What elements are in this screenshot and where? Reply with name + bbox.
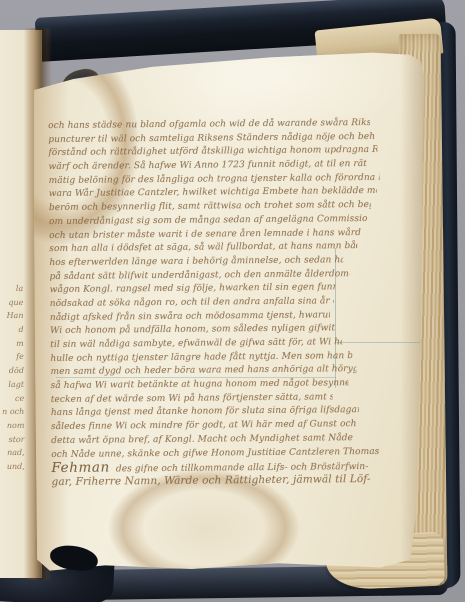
- text-fragment: ce: [0, 391, 24, 405]
- text-fragment: Han: [0, 309, 24, 323]
- manuscript-page: och hans städse nu bland ofgamla och wid…: [34, 50, 428, 578]
- text-fragment: lagt: [0, 378, 24, 392]
- book-photo: la que Han d m fe död lagt ce n och nom …: [0, 0, 465, 602]
- text-fragment: la: [0, 282, 23, 296]
- text-fragment: que: [0, 296, 23, 310]
- name-word: Fehman: [51, 460, 110, 476]
- manuscript-text: och hans städse nu bland ofgamla och wid…: [48, 117, 412, 490]
- text-fragment: m: [0, 337, 24, 351]
- text-fragment: n och: [0, 405, 24, 419]
- text-fragment: nom: [0, 419, 24, 433]
- text-fragment: nad,: [1, 446, 25, 460]
- text-fragment: död: [0, 364, 24, 378]
- text-fragment: stor: [0, 432, 24, 446]
- text-fragment: und,: [1, 460, 25, 474]
- text-line-closing: gar, Friherre Namn, Wärde och Rättighete…: [51, 473, 387, 490]
- facing-page-text-fragments: la que Han d m fe död lagt ce n och nom …: [0, 282, 25, 474]
- text-fragment: d: [0, 323, 24, 337]
- text-fragment: fe: [0, 350, 24, 364]
